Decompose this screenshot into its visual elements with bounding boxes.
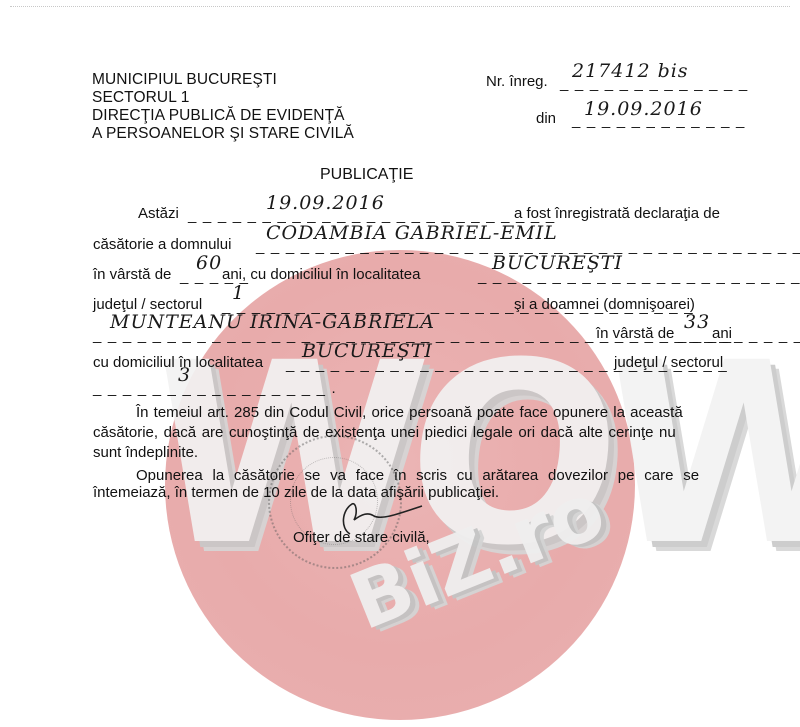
bride-label: şi a doamnei (domnişoarei) (514, 296, 695, 314)
today-value: 19.09.2016 (266, 194, 385, 212)
institution-line-3: DIRECŢIA PUBLICĂ DE EVIDENŢĂ (92, 106, 345, 125)
groom-sector: 1 (232, 284, 245, 302)
bride-name: MUNTEANU IRINA-GABRIELA (110, 313, 435, 331)
bride-sector: 3 (178, 366, 191, 384)
groom-name: CODAMBIA GABRIEL-EMIL (266, 224, 558, 242)
registration-label: Nr. înreg. (486, 73, 548, 91)
groom-age: 60 (196, 254, 222, 272)
groom-locality: BUCUREŞTI (492, 254, 623, 272)
legal-paragraph-1-line-1: În temeiul art. 285 din Codul Civil, ori… (136, 404, 730, 422)
legal-paragraph-2-line-2: întemeiază, în termen de 10 zile de la d… (93, 484, 499, 502)
legal-paragraph-2-line-1-text: Opunerea la căsătorie se va face în scri… (136, 467, 699, 485)
legal-paragraph-1-line-3: sunt îndeplinite. (93, 444, 198, 462)
document-page: WOW BiZ.ro MUNICIPIUL BUCUREŞTI SECTORUL… (0, 0, 800, 727)
officer-label: Ofiţer de stare civilă, (293, 529, 430, 547)
date-value: 19.09.2016 (584, 100, 703, 118)
page-title: PUBLICAŢIE (320, 166, 413, 184)
legal-paragraph-2-line-1: Opunerea la căsătorie se va face în scri… (136, 467, 730, 485)
groom-domicile-text: ani, cu domiciliul în localitatea (222, 266, 420, 284)
legal-paragraph-1-line-2: căsătorie, dacă are cunoştinţă de existe… (93, 424, 730, 442)
bride-age-label: în vârstă de (596, 325, 674, 343)
institution-line-4: A PERSOANELOR ŞI STARE CIVILĂ (92, 124, 354, 143)
bride-sector-label: judeţul / sectorul (614, 354, 723, 372)
bride-age: 33 (684, 313, 710, 331)
today-label: Astăzi (138, 205, 179, 223)
bride-age-unit: ani (712, 325, 732, 343)
groom-age-label: în vârstă de (93, 266, 171, 284)
bride-locality: BUCUREŞTI (302, 342, 433, 360)
institution-line-2: SECTORUL 1 (92, 88, 189, 107)
bride-sector-dashes: _ _ _ _ _ _ _ _ _ _ _ _ _ _ _ _ . (93, 380, 337, 398)
legal-paragraph-1-line-2-text: căsătorie, dacă are cunoştinţă de existe… (93, 424, 676, 442)
institution-line-1: MUNICIPIUL BUCUREŞTI (92, 70, 277, 89)
registration-number: 217412 bis (572, 62, 689, 80)
date-label: din (536, 110, 556, 128)
legal-paragraph-1-line-1-text: În temeiul art. 285 din Codul Civil, ori… (136, 404, 683, 422)
registered-text: a fost înregistrată declaraţia de (514, 205, 720, 223)
scan-edge (10, 6, 790, 9)
